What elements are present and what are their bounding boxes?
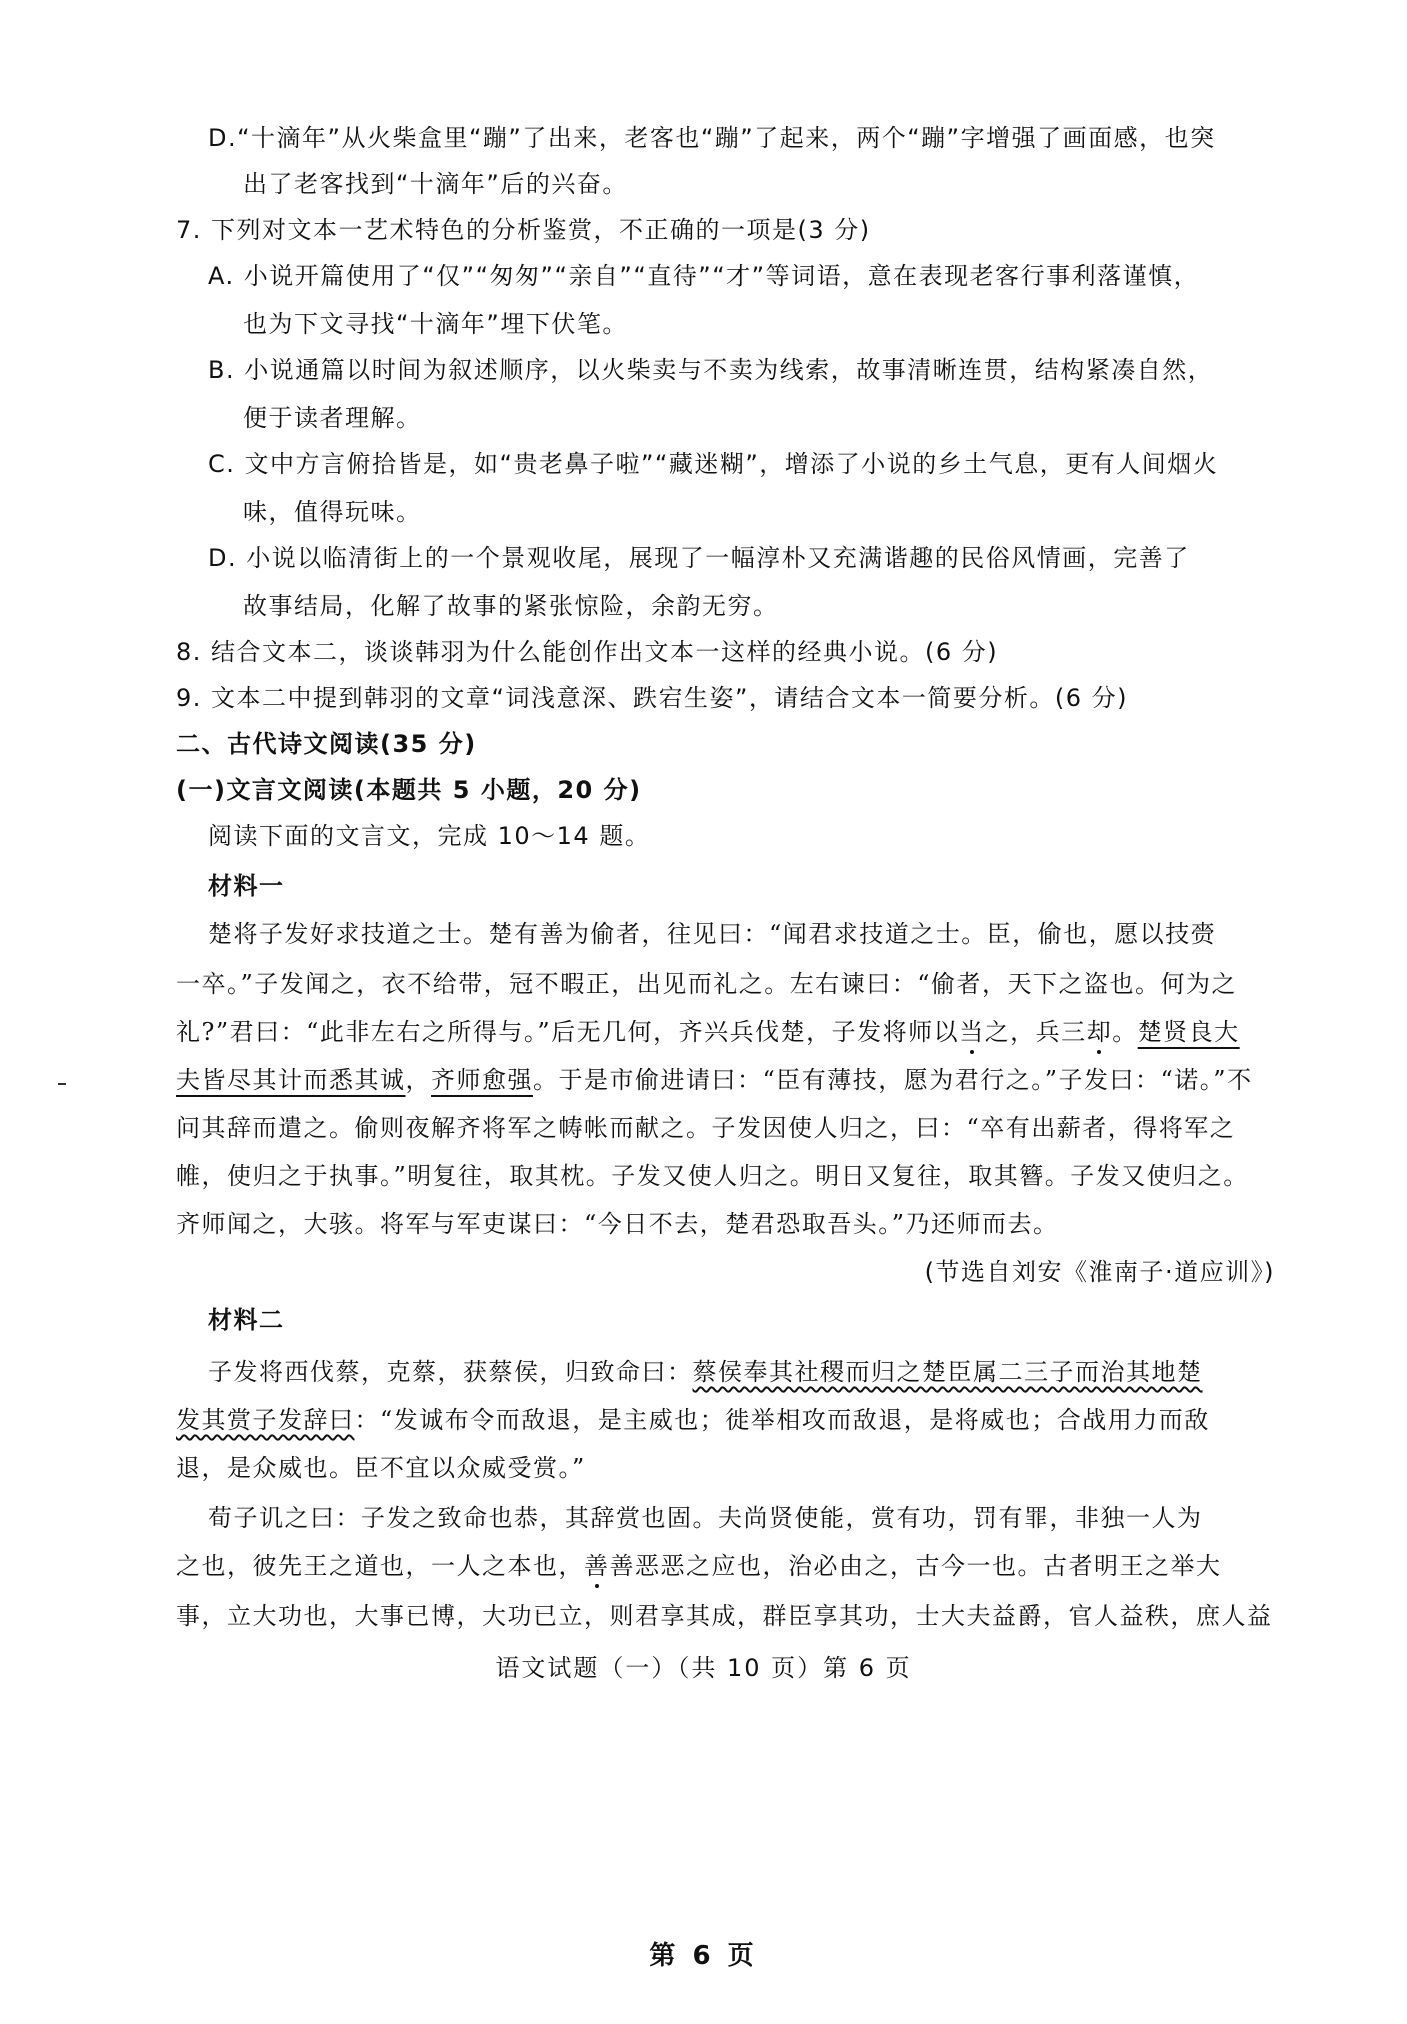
text-span: 。于是市偷进请曰：“臣有薄技，愿为君行之。”子发曰：“诺。”不: [533, 1066, 1253, 1094]
page-number: 第 6 页: [0, 1935, 1407, 1972]
material1-line: 帷，使归之于执事。”明复往，取其枕。子发又使人归之。明日又复往，取其簪。子发又使…: [176, 1156, 1249, 1196]
emphasis-dot-char: 却: [1087, 1018, 1113, 1046]
q7-option-d-line2: 故事结局，化解了故事的紧张惊险，余韵无穷。: [243, 586, 779, 626]
material1-line: 一卒。”子发闻之，衣不给带，冠不暇正，出见而礼之。左右谏曰：“偷者，天下之盗也。…: [176, 964, 1237, 1004]
text-span: 。: [1112, 1018, 1138, 1046]
q6-option-d-line2: 出了老客找到“十滴年”后的兴奋。: [243, 164, 628, 204]
material2-line: 发其赏子发辞曰：“发诚布令而敌退，是主威也；徙举相攻而敌退，是将威也；合战用力而…: [176, 1400, 1210, 1440]
emphasis-dot-char: 善: [584, 1552, 610, 1580]
material2-line: 之也，彼先王之道也，一人之本也，善善恶恶之应也，治必由之，古今一也。古者明王之举…: [176, 1546, 1222, 1586]
material1-line: 夫皆尽其计而悉其诚，齐师愈强。于是市偷进请曰：“臣有薄技，愿为君行之。”子发曰：…: [176, 1060, 1253, 1100]
material2-label: 材料二: [208, 1300, 285, 1340]
text-span: 之，兵三: [985, 1018, 1087, 1046]
material2-line: 荀子讥之曰：子发之致命也恭，其辞赏也固。夫尚贤使能，赏有功，罚有罪，非独一人为: [208, 1498, 1203, 1538]
material2-line: 退，是众威也。臣不宜以众威受赏。”: [176, 1448, 586, 1488]
material1-line: 礼?”君曰：“此非左右之所得与。”后无几何，齐兴兵伐楚，子发将师以当之，兵三却。…: [176, 1012, 1240, 1052]
q8-question: 8. 结合文本二，谈谈韩羽为什么能创作出文本一这样的经典小说。(6 分): [176, 632, 998, 672]
exam-page: D.“十滴年”从火柴盒里“蹦”了出来，老客也“蹦”了起来，两个“蹦”字增强了画面…: [0, 0, 1407, 2024]
section-title: 二、古代诗文阅读(35 分): [176, 724, 477, 764]
material1-line: 齐师闻之，大骇。将军与军吏谋曰：“今日不去，楚君恐取吾头。”乃还师而去。: [176, 1204, 1059, 1244]
q7-stem: 7. 下列对文本一艺术特色的分析鉴赏，不正确的一项是(3 分): [176, 210, 871, 250]
q7-option-a-line1: A. 小说开篇使用了“仅”“匆匆”“亲自”“直待”“才”等词语，意在表现老客行事…: [208, 256, 1199, 296]
q7-option-b-line2: 便于读者理解。: [243, 398, 422, 438]
underlined-sentence: 齐师愈强: [431, 1066, 533, 1094]
q6-option-d-line1: D.“十滴年”从火柴盒里“蹦”了出来，老客也“蹦”了起来，两个“蹦”字增强了画面…: [208, 118, 1216, 158]
text-span: 之也，彼先王之道也，一人之本也，: [176, 1552, 584, 1580]
q7-option-c-line1: C. 文中方言俯拾皆是，如“贵老鼻子啦”“藏迷糊”，增添了小说的乡土气息，更有人…: [208, 444, 1218, 484]
text-span: 善恶恶之应也，治必由之，古今一也。古者明王之举大: [610, 1552, 1222, 1580]
exam-footer: 语文试题（一）（共 10 页）第 6 页: [0, 1648, 1407, 1688]
material1-label: 材料一: [208, 866, 285, 906]
emphasis-dot-char: 当: [959, 1018, 985, 1046]
underlined-sentence: 楚贤良大: [1138, 1018, 1240, 1046]
wavy-underlined-sentence: 蔡侯奉其社稷而归之楚臣属二三子而治其地楚: [693, 1358, 1203, 1386]
q7-option-a-line2: 也为下文寻找“十滴年”埋下伏笔。: [243, 304, 628, 344]
q7-option-c-line2: 味，值得玩味。: [243, 492, 422, 532]
text-span: 子发将西伐蔡，克蔡，获蔡侯，归致命曰：: [208, 1358, 693, 1386]
q7-option-d-line1: D. 小说以临清街上的一个景观收尾，展现了一幅淳朴又充满谐趣的民俗风情画，完善了: [208, 538, 1190, 578]
q9-question: 9. 文本二中提到韩羽的文章“词浅意深、跌宕生姿”，请结合文本一简要分析。(6 …: [176, 678, 1128, 718]
scan-margin-mark: [58, 1083, 66, 1085]
material2-line: 事，立大功也，大事已博，大功已立，则君享其成，群臣享其功，士大夫益爵，官人益秩，…: [176, 1596, 1273, 1636]
material1-line: 问其辞而遣之。偷则夜解齐将军之帱帐而献之。子发因使人归之，曰：“卒有出薪者，得将…: [176, 1108, 1235, 1148]
text-span: ：“发诚布令而敌退，是主威也；徙举相攻而敌退，是将威也；合战用力而敌: [355, 1406, 1210, 1434]
material1-line: 楚将子发好求技道之士。楚有善为偷者，往见曰：“闻君求技道之士。臣，偷也，愿以技赍: [208, 914, 1216, 954]
subsection-title: (一)文言文阅读(本题共 5 小题，20 分): [176, 770, 642, 810]
text-span: ，: [406, 1066, 432, 1094]
text-span: 礼?”君曰：“此非左右之所得与。”后无几何，齐兴兵伐楚，子发将师以: [176, 1018, 959, 1046]
reading-instruction: 阅读下面的文言文，完成 10～14 题。: [208, 816, 650, 856]
wavy-underlined-sentence: 发其赏子发辞曰: [176, 1406, 355, 1434]
material1-source: (节选自刘安《淮南子·道应训》): [925, 1252, 1275, 1292]
underlined-sentence: 夫皆尽其计而悉其诚: [176, 1066, 406, 1094]
material2-line: 子发将西伐蔡，克蔡，获蔡侯，归致命曰：蔡侯奉其社稷而归之楚臣属二三子而治其地楚: [208, 1352, 1203, 1392]
q7-option-b-line1: B. 小说通篇以时间为叙述顺序，以火柴卖与不卖为线索，故事清晰连贯，结构紧凑自然…: [208, 350, 1213, 390]
